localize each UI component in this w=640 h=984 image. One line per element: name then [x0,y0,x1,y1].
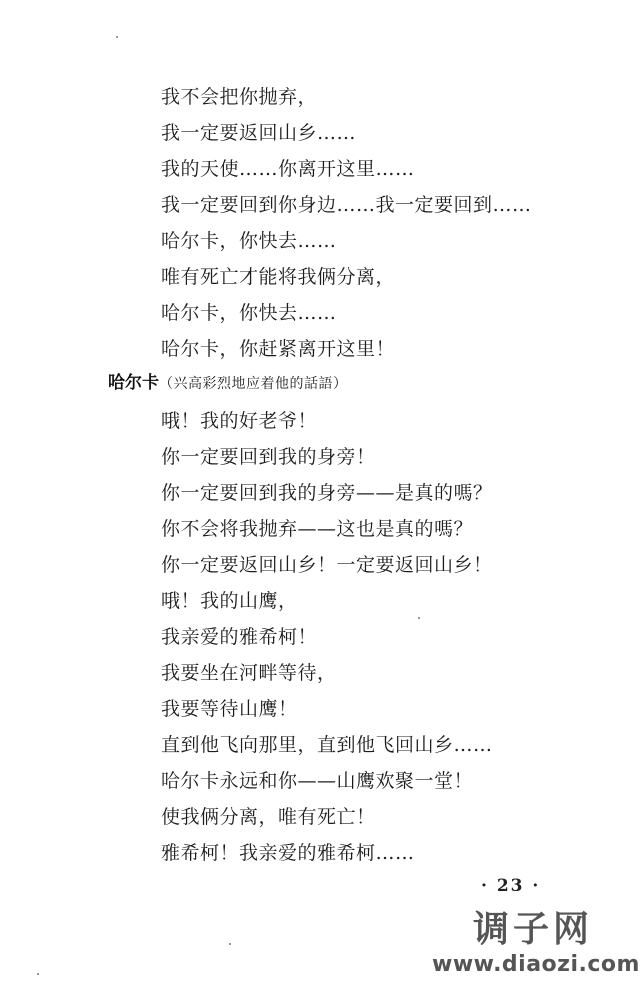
scan-speck [116,36,118,38]
lyric-line: 哈尔卡，你赶紧离开这里！ [161,337,395,361]
scan-speck [418,617,420,619]
watermark-url: www.diaozi.com [432,952,640,978]
scan-speck [37,973,39,975]
scan-speck [229,943,231,945]
speaker-heading: 哈尔卡（兴高彩烈地应着他的話語） [108,372,348,395]
lyric-line: 你一定要返回山乡！一定要返回山乡！ [161,553,493,577]
speaker-name: 哈尔卡 [108,373,159,393]
lyric-line: 使我俩分离，唯有死亡！ [161,805,376,829]
lyric-line: 哦！我的好老爷！ [161,409,317,433]
lyric-line: 雅希柯！我亲爱的雅希柯…… [161,841,415,865]
lyric-line: 哈尔卡，你快去…… [161,301,337,325]
lyric-line: 你不会将我抛弃——这也是真的嗎？ [161,517,473,541]
lyric-line: 我要坐在河畔等待， [161,661,337,685]
score-lyrics-page: 我不会把你抛弃， 我一定要返回山乡…… 我的天使……你离开这里…… 我一定要回到… [0,0,640,984]
lyric-line: 我的天使……你离开这里…… [161,157,415,181]
lyric-line: 直到他飞向那里，直到他飞回山乡…… [161,733,493,757]
lyric-line: 哦！我的山鹰， [161,589,298,613]
lyric-line: 我要等待山鹰！ [161,697,298,721]
lyric-line: 哈尔卡，你快去…… [161,229,337,253]
lyric-line: 哈尔卡永远和你——山鹰欢聚一堂！ [161,769,473,793]
lyric-line: 你一定要回到我的身旁——是真的嗎？ [161,481,493,505]
lyric-line: 我一定要返回山乡…… [161,121,356,145]
lyric-line: 我亲爱的雅希柯！ [161,625,317,649]
lyric-line: 唯有死亡才能将我俩分离， [161,265,395,289]
watermark-logo: 调子网 [473,910,593,950]
lyric-line: 我一定要回到你身边……我一定要回到…… [161,193,532,217]
lyric-line: 我不会把你抛弃， [161,85,317,109]
page-number: · 23 · [481,876,540,896]
lyric-line: 你一定要回到我的身旁！ [161,445,376,469]
stage-direction: （兴高彩烈地应着他的話語） [159,376,348,392]
